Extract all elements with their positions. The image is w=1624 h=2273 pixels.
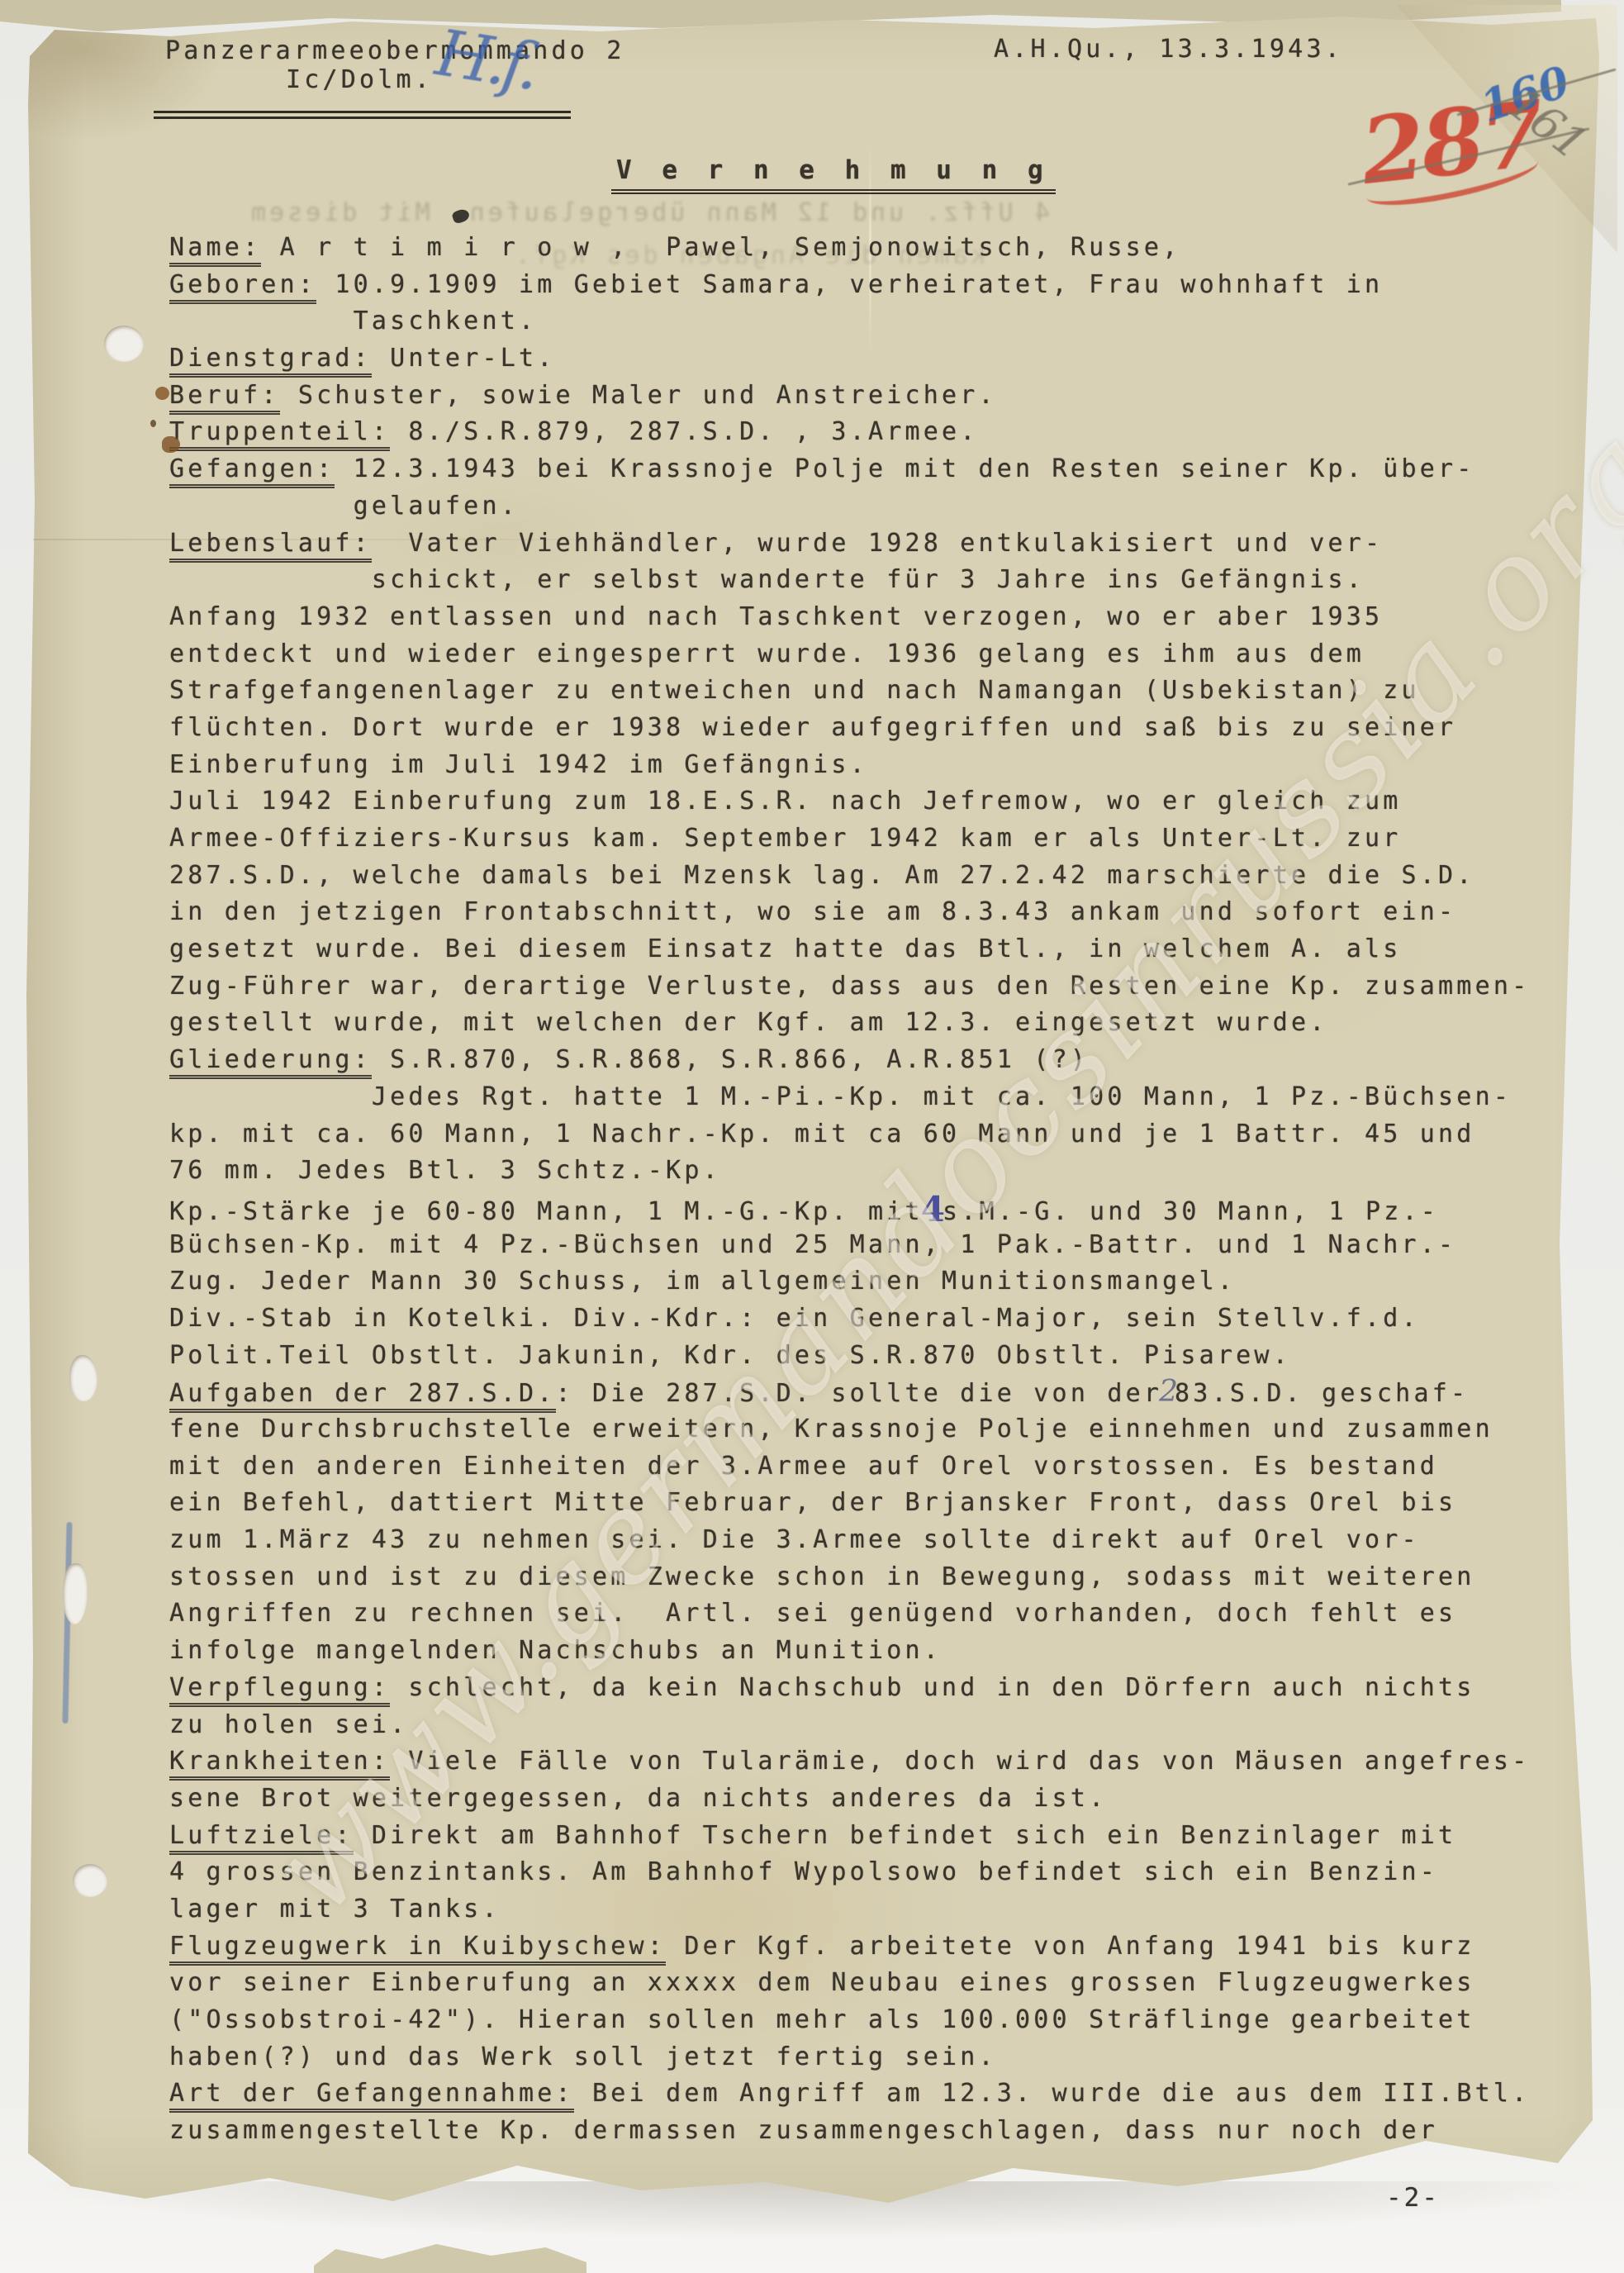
backing-sheet-scrap xyxy=(314,2241,586,2273)
text-line: Kp.-Stärke je 60-80 Mann, 1 M.-G.-Kp. mi… xyxy=(169,1190,1623,1227)
section-heading: Gefangen: xyxy=(169,454,335,488)
text-line: Geboren: 10.9.1909 im Gebiet Samara, ver… xyxy=(169,267,1623,304)
text-segment: zusammengestellte Kp. dermassen zusammen… xyxy=(169,2116,1438,2145)
text-line: kp. mit ca. 60 Mann, 1 Nachr.-Kp. mit ca… xyxy=(169,1116,1623,1153)
text-line: Juli 1942 Einberufung zum 18.E.S.R. nach… xyxy=(169,783,1623,820)
text-segment: 8./S.R.879, 287.S.D. , 3.Armee. xyxy=(390,417,978,446)
text-segment: zu holen sei. xyxy=(169,1710,408,1739)
text-segment: zum 1.März 43 zu nehmen sei. Die 3.Armee… xyxy=(169,1525,1420,1554)
text-segment: Juli 1942 Einberufung zum 18.E.S.R. nach… xyxy=(169,787,1402,816)
text-line: fene Durchsbruchstelle erweitern, Krassn… xyxy=(169,1411,1623,1448)
text-segment: 83.S.D. geschaf- xyxy=(1175,1379,1469,1408)
text-line: Polit.Teil Obstlt. Jakunin, Kdr. des S.R… xyxy=(169,1338,1623,1375)
text-segment: s.M.-G. und 30 Mann, 1 Pz.- xyxy=(943,1197,1439,1226)
text-segment: Div.-Stab in Kotelki. Div.-Kdr.: ein Gen… xyxy=(169,1304,1420,1333)
text-segment: A r t i m i r o w , Pawel, Semjonowitsch… xyxy=(261,233,1180,262)
text-segment: mit den anderen Einheiten der 3.Armee au… xyxy=(169,1452,1438,1481)
text-segment: : Die 287.S.D. sollte die von der xyxy=(556,1379,1163,1408)
text-segment: gelaufen. xyxy=(169,492,519,521)
text-segment: S.R.870, S.R.868, S.R.866, A.R.851 (?) xyxy=(372,1045,1089,1074)
text-line: Flugzeugwerk in Kuibyschew: Der Kgf. arb… xyxy=(169,1928,1623,1966)
section-heading: Geboren: xyxy=(169,270,316,304)
paper-damage xyxy=(69,1355,97,1401)
text-line: Beruf: Schuster, sowie Maler und Anstrei… xyxy=(169,378,1623,415)
text-line: gelaufen. xyxy=(169,488,1623,525)
text-line: Einberufung im Juli 1942 im Gefängnis. xyxy=(169,747,1623,784)
text-segment: Angriffen zu rechnen sei. Artl. sei genü… xyxy=(169,1599,1456,1628)
text-segment: Strafgefangenenlager zu entweichen und n… xyxy=(169,676,1420,705)
text-line: Zug-Führer war, derartige Verluste, dass… xyxy=(169,968,1623,1006)
text-segment: Einberufung im Juli 1942 im Gefängnis. xyxy=(169,750,868,779)
text-line: Zug. Jeder Mann 30 Schuss, im allgemeine… xyxy=(169,1263,1623,1301)
text-line: sene Brot weitergegessen, da nichts ande… xyxy=(169,1781,1623,1818)
section-heading: Aufgaben der 287.S.D. xyxy=(169,1379,556,1413)
text-line: Strafgefangenenlager zu entweichen und n… xyxy=(169,673,1623,710)
text-segment: Taschkent. xyxy=(169,307,537,335)
section-heading: Beruf: xyxy=(169,381,280,415)
text-segment: lager mit 3 Tanks. xyxy=(169,1895,501,1923)
text-segment: Viele Fälle von Tularämie, doch wird das… xyxy=(390,1747,1530,1776)
text-line: ("Ossobstroi-42"). Hieran sollen mehr al… xyxy=(169,2002,1623,2039)
text-line: Taschkent. xyxy=(169,303,1623,340)
text-line: Anfang 1932 entlassen und nach Taschkent… xyxy=(169,599,1623,636)
text-line: Angriffen zu rechnen sei. Artl. sei genü… xyxy=(169,1595,1623,1633)
text-line: 76 mm. Jedes Btl. 3 Schtz.-Kp. xyxy=(169,1153,1623,1190)
text-segment: stossen und ist zu diesem Zwecke schon i… xyxy=(169,1562,1475,1591)
text-segment: Zug-Führer war, derartige Verluste, dass… xyxy=(169,972,1530,1001)
text-segment: Jedes Rgt. hatte 1 M.-Pi.-Kp. mit ca. 10… xyxy=(169,1082,1512,1111)
text-segment: Kp.-Stärke je 60-80 Mann, 1 M.-G.-Kp. mi… xyxy=(169,1197,924,1226)
text-segment: fene Durchsbruchstelle erweitern, Krassn… xyxy=(169,1415,1493,1443)
section-heading: Verpflegung: xyxy=(169,1673,390,1707)
scanned-document-page: 4 Uffz. und 12 Mann übergelaufen. Mit di… xyxy=(0,0,1624,2273)
text-line: Jedes Rgt. hatte 1 M.-Pi.-Kp. mit ca. 10… xyxy=(169,1079,1623,1116)
section-heading: Art der Gefangennahme: xyxy=(169,2079,574,2113)
punch-hole xyxy=(104,326,144,362)
text-segment: 12.3.1943 bei Krassnoje Polje mit den Re… xyxy=(335,454,1474,483)
text-segment: Büchsen-Kp. mit 4 Pz.-Büchsen und 25 Man… xyxy=(169,1230,1456,1259)
text-line: Lebenslauf: Vater Viehhändler, wurde 192… xyxy=(169,525,1623,563)
text-line: schickt, er selbst wanderte für 3 Jahre … xyxy=(169,562,1623,599)
text-line: Dienstgrad: Unter-Lt. xyxy=(169,340,1623,378)
text-segment: sene Brot weitergegessen, da nichts ande… xyxy=(169,1784,1107,1813)
text-segment: Zug. Jeder Mann 30 Schuss, im allgemeine… xyxy=(169,1267,1236,1296)
text-segment: kp. mit ca. 60 Mann, 1 Nachr.-Kp. mit ca… xyxy=(169,1120,1475,1148)
text-segment: Anfang 1932 entlassen und nach Taschkent… xyxy=(169,602,1383,631)
text-segment: schickt, er selbst wanderte für 3 Jahre … xyxy=(169,565,1365,594)
page-number: -2- xyxy=(1386,2183,1440,2213)
text-segment: Armee-Offiziers-Kursus kam. September 19… xyxy=(169,824,1402,853)
text-line: Verpflegung: schlecht, da kein Nachschub… xyxy=(169,1670,1623,1707)
text-segment: 4 grossen Benzintanks. Am Bahnhof Wypols… xyxy=(169,1857,1438,1886)
text-segment: 10.9.1909 im Gebiet Samara, verheiratet,… xyxy=(316,270,1383,299)
text-segment: Bei dem Angriff am 12.3. wurde die aus d… xyxy=(574,2079,1531,2108)
punch-hole xyxy=(73,1864,107,1897)
text-segment: schlecht, da kein Nachschub und in den D… xyxy=(390,1673,1474,1702)
letterhead-rule xyxy=(154,111,571,119)
section-heading: Name: xyxy=(169,233,261,267)
text-segment: Unter-Lt. xyxy=(372,344,556,373)
text-line: Aufgaben der 287.S.D.: Die 287.S.D. soll… xyxy=(169,1374,1623,1411)
text-line: Gefangen: 12.3.1943 bei Krassnoje Polje … xyxy=(169,451,1623,488)
text-segment: Vater Viehhändler, wurde 1928 entkulakis… xyxy=(372,529,1383,558)
text-line: lager mit 3 Tanks. xyxy=(169,1891,1623,1928)
text-segment: entdeckt und wieder eingesperrt wurde. 1… xyxy=(169,640,1365,668)
text-line: Art der Gefangennahme: Bei dem Angriff a… xyxy=(169,2076,1623,2113)
section-heading: Gliederung: xyxy=(169,1045,372,1079)
section-heading: Lebenslauf: xyxy=(169,529,372,563)
unit-name: Panzerarmeeobermommando 2 xyxy=(165,36,625,65)
section-heading: Truppenteil: xyxy=(169,417,390,451)
text-line: 287.S.D., welche damals bei Mzensk lag. … xyxy=(169,858,1623,895)
text-line: Div.-Stab in Kotelki. Div.-Kdr.: ein Gen… xyxy=(169,1301,1623,1338)
text-line: Armee-Offiziers-Kursus kam. September 19… xyxy=(169,820,1623,858)
place-date: A.H.Qu., 13.3.1943. xyxy=(994,35,1343,64)
text-segment: gesetzt wurde. Bei diesem Einsatz hatte … xyxy=(169,934,1402,963)
section-heading: Krankheiten: xyxy=(169,1747,390,1781)
text-line: ein Befehl, dattiert Mitte Februar, der … xyxy=(169,1485,1623,1522)
text-line: entdeckt und wieder eingesperrt wurde. 1… xyxy=(169,636,1623,673)
text-line: zusammengestellte Kp. dermassen zusammen… xyxy=(169,2113,1623,2150)
text-line: Büchsen-Kp. mit 4 Pz.-Büchsen und 25 Man… xyxy=(169,1227,1623,1264)
handwritten-insert: 4 xyxy=(921,1189,945,1229)
text-line: gesetzt wurde. Bei diesem Einsatz hatte … xyxy=(169,931,1623,968)
section-heading: Luftziele: xyxy=(169,1821,354,1855)
text-segment: ein Befehl, dattiert Mitte Februar, der … xyxy=(169,1488,1456,1517)
text-segment: Schuster, sowie Maler und Anstreicher. xyxy=(280,381,997,410)
text-segment: gestellt wurde, mit welchen der Kgf. am … xyxy=(169,1008,1327,1037)
document-lines: Name: A r t i m i r o w , Pawel, Semjono… xyxy=(169,230,1623,2150)
text-line: haben(?) und das Werk soll jetzt fertig … xyxy=(169,2039,1623,2076)
text-segment: ("Ossobstroi-42"). Hieran sollen mehr al… xyxy=(169,2005,1475,2034)
text-line: Luftziele: Direkt am Bahnhof Tschern bef… xyxy=(169,1818,1623,1855)
bleedthrough-line: 4 Uffz. und 12 Mann übergelaufen. Mit di… xyxy=(248,198,1050,227)
text-segment: Polit.Teil Obstlt. Jakunin, Kdr. des S.R… xyxy=(169,1341,1291,1370)
stain-spot xyxy=(155,387,169,400)
text-line: infolge mangelnden Nachschubs an Munitio… xyxy=(169,1633,1623,1670)
text-line: flüchten. Dort wurde er 1938 wieder aufg… xyxy=(169,710,1623,747)
text-line: gestellt wurde, mit welchen der Kgf. am … xyxy=(169,1005,1623,1042)
text-segment: Der Kgf. arbeitete von Anfang 1941 bis k… xyxy=(666,1932,1475,1961)
document-title: V e r n e h m u n g xyxy=(611,155,1056,194)
text-segment: in den jetzigen Frontabschnitt, wo sie a… xyxy=(169,897,1456,926)
text-segment: 287.S.D., welche damals bei Mzensk lag. … xyxy=(169,861,1475,890)
text-line: 4 grossen Benzintanks. Am Bahnhof Wypols… xyxy=(169,1854,1623,1891)
section-heading: Dienstgrad: xyxy=(169,344,372,378)
letterhead-unit: Panzerarmeeobermommando 2 Ic/Dolm. xyxy=(165,36,625,94)
section-heading: Flugzeugwerk in Kuibyschew: xyxy=(169,1932,666,1966)
text-segment: Direkt am Bahnhof Tschern befindet sich … xyxy=(354,1821,1457,1850)
text-segment: 76 mm. Jedes Btl. 3 Schtz.-Kp. xyxy=(169,1156,721,1185)
text-line: Krankheiten: Viele Fälle von Tularämie, … xyxy=(169,1743,1623,1781)
handwritten-initials: H.f. xyxy=(431,16,540,105)
text-line: Gliederung: S.R.870, S.R.868, S.R.866, A… xyxy=(169,1042,1623,1079)
text-segment: haben(?) und das Werk soll jetzt fertig … xyxy=(169,2042,997,2071)
text-line: Truppenteil: 8./S.R.879, 287.S.D. , 3.Ar… xyxy=(169,414,1623,451)
text-segment: infolge mangelnden Nachschubs an Munitio… xyxy=(169,1636,942,1665)
text-line: zu holen sei. xyxy=(169,1707,1623,1744)
text-line: stossen und ist zu diesem Zwecke schon i… xyxy=(169,1559,1623,1596)
text-line: Name: A r t i m i r o w , Pawel, Semjono… xyxy=(169,230,1623,267)
text-line: in den jetzigen Frontabschnitt, wo sie a… xyxy=(169,894,1623,931)
text-line: zum 1.März 43 zu nehmen sei. Die 3.Armee… xyxy=(169,1522,1623,1559)
text-line: vor seiner Einberufung an xxxxx dem Neub… xyxy=(169,1965,1623,2002)
stain-spot xyxy=(150,420,156,427)
text-segment: vor seiner Einberufung an xxxxx dem Neub… xyxy=(169,1968,1475,1997)
text-segment: flüchten. Dort wurde er 1938 wieder aufg… xyxy=(169,713,1456,742)
text-line: mit den anderen Einheiten der 3.Armee au… xyxy=(169,1448,1623,1486)
